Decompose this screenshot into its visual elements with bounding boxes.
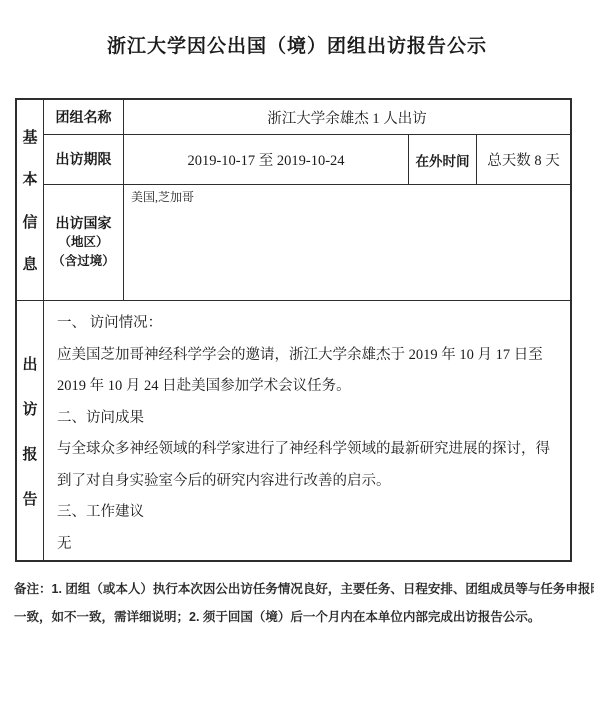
countries-row: 出访国家 （地区） （含过境） 美国,芝加哥 xyxy=(44,185,570,300)
visit-period-label: 出访期限 xyxy=(44,135,124,184)
visit-period-row: 出访期限 2019-10-17 至 2019-10-24 在外时间 总天数 8 … xyxy=(44,135,570,185)
countries-label-line: （含过境） xyxy=(52,252,115,271)
basic-info-rows: 团组名称 浙江大学余雄杰 1 人出访 出访期限 2019-10-17 至 201… xyxy=(44,100,570,300)
visit-report-section-header: 出 访 报 告 xyxy=(17,301,44,560)
countries-value: 美国,芝加哥 xyxy=(124,185,570,300)
document-title: 浙江大学因公出国（境）团组出访报告公示 xyxy=(0,31,594,58)
total-days-value: 总天数 8 天 xyxy=(477,135,570,184)
remarks-line: 备注：1. 团组（或本人）执行本次因公出访任务情况良好，主要任务、日程安排、团组… xyxy=(14,575,584,603)
report-line: 三、工作建议 xyxy=(57,497,556,529)
basic-info-char: 息 xyxy=(22,253,37,274)
basic-info-section-header: 基 本 信 息 xyxy=(17,100,44,300)
visit-report-char: 访 xyxy=(22,398,37,419)
report-line: 应美国芝加哥神经科学学会的邀请，浙江大学余雄杰于 2019 年 10 月 17 … xyxy=(57,340,556,372)
report-line: 无 xyxy=(57,529,556,561)
remarks-note: 备注：1. 团组（或本人）执行本次因公出访任务情况良好，主要任务、日程安排、团组… xyxy=(14,575,584,631)
report-table: 基 本 信 息 团组名称 浙江大学余雄杰 1 人出访 出访期限 2019-10-… xyxy=(15,98,572,562)
basic-info-char: 信 xyxy=(22,211,37,232)
report-line: 与全球众多神经领域的科学家进行了神经科学领域的最新研究进展的探讨，得 xyxy=(57,434,556,466)
visit-report-content: 一、 访问情况： 应美国芝加哥神经科学学会的邀请，浙江大学余雄杰于 2019 年… xyxy=(44,301,570,560)
report-line: 到了对自身实验室今后的研究内容进行改善的启示。 xyxy=(57,466,556,498)
visit-report-section: 出 访 报 告 一、 访问情况： 应美国芝加哥神经科学学会的邀请，浙江大学余雄杰… xyxy=(17,301,570,560)
remarks-line: 一致，如不一致，需详细说明；2. 须于回国（境）后一个月内在本单位内部完成出访报… xyxy=(14,603,584,631)
countries-label: 出访国家 （地区） （含过境） xyxy=(44,185,124,300)
countries-label-line: 出访国家 xyxy=(56,214,112,233)
basic-info-char: 基 xyxy=(22,126,37,147)
visit-report-char: 出 xyxy=(22,353,37,374)
report-line: 一、 访问情况： xyxy=(57,308,556,340)
abroad-time-label: 在外时间 xyxy=(409,135,477,184)
countries-label-line: （地区） xyxy=(58,233,108,252)
basic-info-section: 基 本 信 息 团组名称 浙江大学余雄杰 1 人出访 出访期限 2019-10-… xyxy=(17,100,570,301)
visit-report-char: 报 xyxy=(22,443,37,464)
visit-report-char: 告 xyxy=(22,488,37,509)
report-line: 二、访问成果 xyxy=(57,403,556,435)
basic-info-char: 本 xyxy=(22,168,37,189)
report-line: 2019 年 10 月 24 日赴美国参加学术会议任务。 xyxy=(57,371,556,403)
group-name-row: 团组名称 浙江大学余雄杰 1 人出访 xyxy=(44,100,570,135)
group-name-value: 浙江大学余雄杰 1 人出访 xyxy=(124,100,570,134)
visit-period-value: 2019-10-17 至 2019-10-24 xyxy=(124,135,409,184)
group-name-label: 团组名称 xyxy=(44,100,124,134)
document-page: 浙江大学因公出国（境）团组出访报告公示 基 本 信 息 团组名称 浙江大学余雄杰… xyxy=(0,0,594,728)
